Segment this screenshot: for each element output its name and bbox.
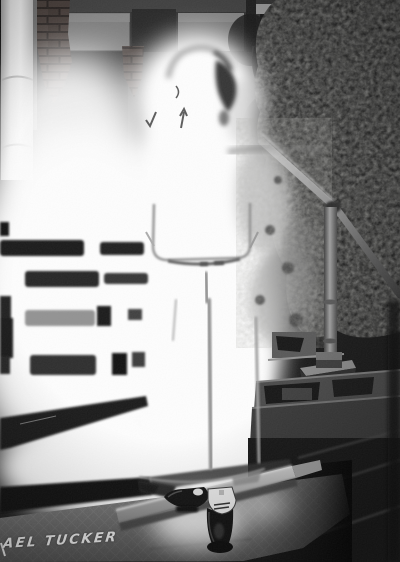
photograph: AEL TUCKER bbox=[0, 0, 400, 562]
photo-canvas bbox=[0, 0, 400, 562]
film-grain-overlay bbox=[0, 0, 400, 562]
